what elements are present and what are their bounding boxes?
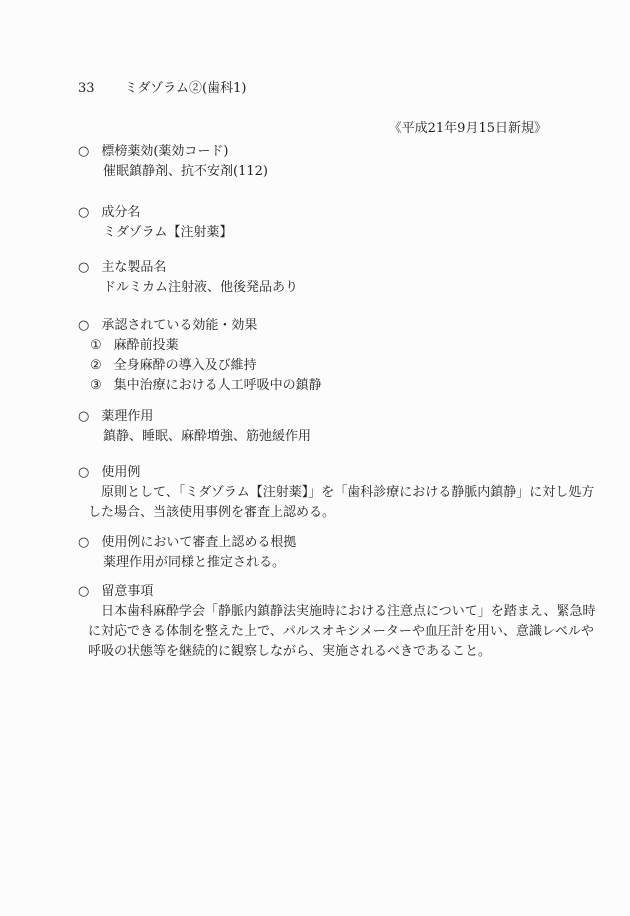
circle-bullet-icon: ○ <box>78 258 89 278</box>
section-label-row: ○ 薬理作用 <box>78 407 630 427</box>
section-label-row: ○ 標榜薬効(薬効コード) <box>78 142 630 162</box>
numbered-item: ③ 集中治療における人工呼吸中の鎮静 <box>90 376 630 396</box>
section-shiyourei: ○ 使用例 原則として、「ミダゾラム【注射薬】」を「歯科診療における静脈内鎮静」… <box>78 463 630 523</box>
item-number-icon: ① <box>90 336 102 356</box>
item-text: 集中治療における人工呼吸中の鎮静 <box>114 376 322 396</box>
section-yakuri-sayo: ○ 薬理作用 鎮静、睡眠、麻酔増強、筋弛緩作用 <box>78 407 630 447</box>
section-label-row: ○ 留意事項 <box>78 582 630 602</box>
section-konou-kouka: ○ 承認されている効能・効果 ① 麻酔前投薬 ② 全身麻酔の導入及び維持 ③ 集… <box>78 316 630 396</box>
item-text: 全身麻酔の導入及び維持 <box>114 356 257 376</box>
circle-bullet-icon: ○ <box>78 142 89 162</box>
section-label: 成分名 <box>101 203 140 223</box>
section-konkyo: ○ 使用例において審査上認める根拠 薬理作用が同様と推定される。 <box>78 533 630 573</box>
document-page: 33 ミダゾラム②(歯科1) 《平成21年9月15日新規》 ○ 標榜薬効(薬効コ… <box>0 0 630 916</box>
section-label-row: ○ 承認されている効能・効果 <box>78 316 630 336</box>
section-label: 主な製品名 <box>101 258 166 278</box>
section-label-row: ○ 使用例において審査上認める根拠 <box>78 533 630 553</box>
section-label: 使用例 <box>101 463 140 483</box>
section-paragraph-text: 原則として、「ミダゾラム【注射薬】」を「歯科診療における静脈内鎮静」に対し処方し… <box>88 483 597 523</box>
section-ryui-jiko: ○ 留意事項 日本歯科麻酔学会「静脈内鎮静法実施時における注意点について」を踏ま… <box>78 582 630 662</box>
circle-bullet-icon: ○ <box>78 203 89 223</box>
numbered-item: ② 全身麻酔の導入及び維持 <box>90 356 630 376</box>
section-body-text: ドルミカム注射液、他後発品あり <box>103 278 630 298</box>
section-label: 標榜薬効(薬効コード) <box>101 142 228 162</box>
section-label: 使用例において審査上認める根拠 <box>101 533 296 553</box>
section-label: 留意事項 <box>101 582 153 602</box>
section-body-text: 催眠鎮静剤、抗不安剤(112) <box>103 162 630 182</box>
section-label: 承認されている効能・効果 <box>101 316 257 336</box>
numbered-item: ① 麻酔前投薬 <box>90 336 630 356</box>
item-number-icon: ② <box>90 356 102 376</box>
section-label-row: ○ 成分名 <box>78 203 630 223</box>
section-label-row: ○ 主な製品名 <box>78 258 630 278</box>
section-label: 薬理作用 <box>101 407 153 427</box>
section-body-text: 鎮静、睡眠、麻酔増強、筋弛緩作用 <box>103 427 630 447</box>
doc-title-row: 33 ミダゾラム②(歯科1) <box>78 79 630 99</box>
section-seihin-mei: ○ 主な製品名 ドルミカム注射液、他後発品あり <box>78 258 630 298</box>
circle-bullet-icon: ○ <box>78 407 89 427</box>
section-label-row: ○ 使用例 <box>78 463 630 483</box>
item-text: 麻酔前投薬 <box>114 336 179 356</box>
section-body-text: 薬理作用が同様と推定される。 <box>103 553 630 573</box>
doc-number: 33 <box>78 79 95 99</box>
section-body-text: ミダゾラム【注射薬】 <box>103 223 630 243</box>
circle-bullet-icon: ○ <box>78 316 89 336</box>
circle-bullet-icon: ○ <box>78 463 89 483</box>
section-hyobo-yakko: ○ 標榜薬効(薬効コード) 催眠鎮静剤、抗不安剤(112) <box>78 142 630 182</box>
item-number-icon: ③ <box>90 376 102 396</box>
circle-bullet-icon: ○ <box>78 582 89 602</box>
section-paragraph-text: 日本歯科麻酔学会「静脈内鎮静法実施時における注意点について」を踏まえ、緊急時に対… <box>88 602 597 662</box>
revision-date-note: 《平成21年9月15日新規》 <box>0 119 630 139</box>
doc-title: ミダゾラム②(歯科1) <box>125 79 247 99</box>
circle-bullet-icon: ○ <box>78 533 89 553</box>
section-seibun-mei: ○ 成分名 ミダゾラム【注射薬】 <box>78 203 630 243</box>
